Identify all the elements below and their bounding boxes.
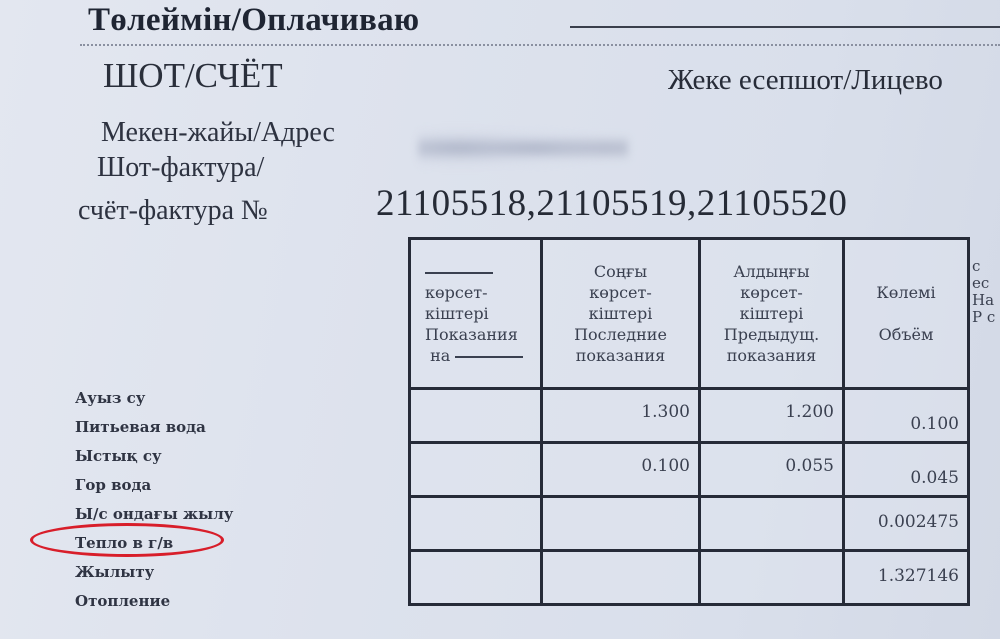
cell-previous: 0.055 (700, 443, 844, 497)
meter-readings-table: көрсет- кіштері Показания на Соңғы көрсе… (408, 237, 970, 606)
invoice-label-number: счёт-фактура № (78, 195, 268, 227)
cell-volume: 0.045 (844, 443, 969, 497)
table-row: 1.327146 (410, 551, 969, 605)
cut-off-column-text: с ес На Р с (972, 258, 1000, 326)
header-previous-readings: Алдыңғы көрсет- кіштері Предыдущ. показа… (700, 239, 844, 389)
cell-volume: 1.327146 (844, 551, 969, 605)
signature-line (570, 26, 1000, 28)
cell-reading-on (410, 443, 542, 497)
table-row: 0.100 0.055 0.045 (410, 443, 969, 497)
table-row: 1.300 1.200 0.100 (410, 389, 969, 443)
service-labels: Ауыз су Питьевая вода Ыстық су Гор вода … (75, 384, 233, 616)
row-label-heating-ru: Отопление (75, 587, 233, 616)
personal-account-label: Жеке есепшот/Лицево (668, 64, 943, 97)
cell-last (542, 497, 700, 551)
cell-volume: 0.002475 (844, 497, 969, 551)
cell-previous: 1.200 (700, 389, 844, 443)
cell-last: 0.100 (542, 443, 700, 497)
blank-date-line (455, 356, 523, 358)
highlight-annotation-oval (30, 523, 224, 557)
cell-last: 1.300 (542, 389, 700, 443)
cell-previous (700, 497, 844, 551)
cell-reading-on (410, 551, 542, 605)
cell-volume: 0.100 (844, 389, 969, 443)
address-value-redacted: [redacted] (418, 128, 628, 168)
blank-date-line (425, 272, 493, 274)
row-label-drinking-water-kz: Ауыз су (75, 384, 233, 413)
invoice-heading: ШОТ/СЧЁТ (103, 56, 283, 96)
address-label: Мекен-жайы/Адрес (101, 117, 335, 149)
header-last-readings: Соңғы көрсет- кіштері Последние показани… (542, 239, 700, 389)
row-label-heating-kz: Жылыту (75, 558, 233, 587)
table-header-row: көрсет- кіштері Показания на Соңғы көрсе… (410, 239, 969, 389)
header-readings-on: көрсет- кіштері Показания на (410, 239, 542, 389)
cell-reading-on (410, 389, 542, 443)
cell-last (542, 551, 700, 605)
invoice-numbers: 21105518,21105519,21105520 (376, 182, 847, 225)
cut-line-divider (80, 44, 1000, 46)
cell-reading-on (410, 497, 542, 551)
row-label-hot-water-ru: Гор вода (75, 471, 233, 500)
table-row: 0.002475 (410, 497, 969, 551)
header-volume: Көлемі Объём (844, 239, 969, 389)
pay-title: Төлеймін/Оплачиваю (88, 2, 419, 39)
row-label-hot-water-kz: Ыстық су (75, 442, 233, 471)
invoice-label: Шот-фактура/ (97, 152, 264, 184)
cell-previous (700, 551, 844, 605)
row-label-drinking-water-ru: Питьевая вода (75, 413, 233, 442)
